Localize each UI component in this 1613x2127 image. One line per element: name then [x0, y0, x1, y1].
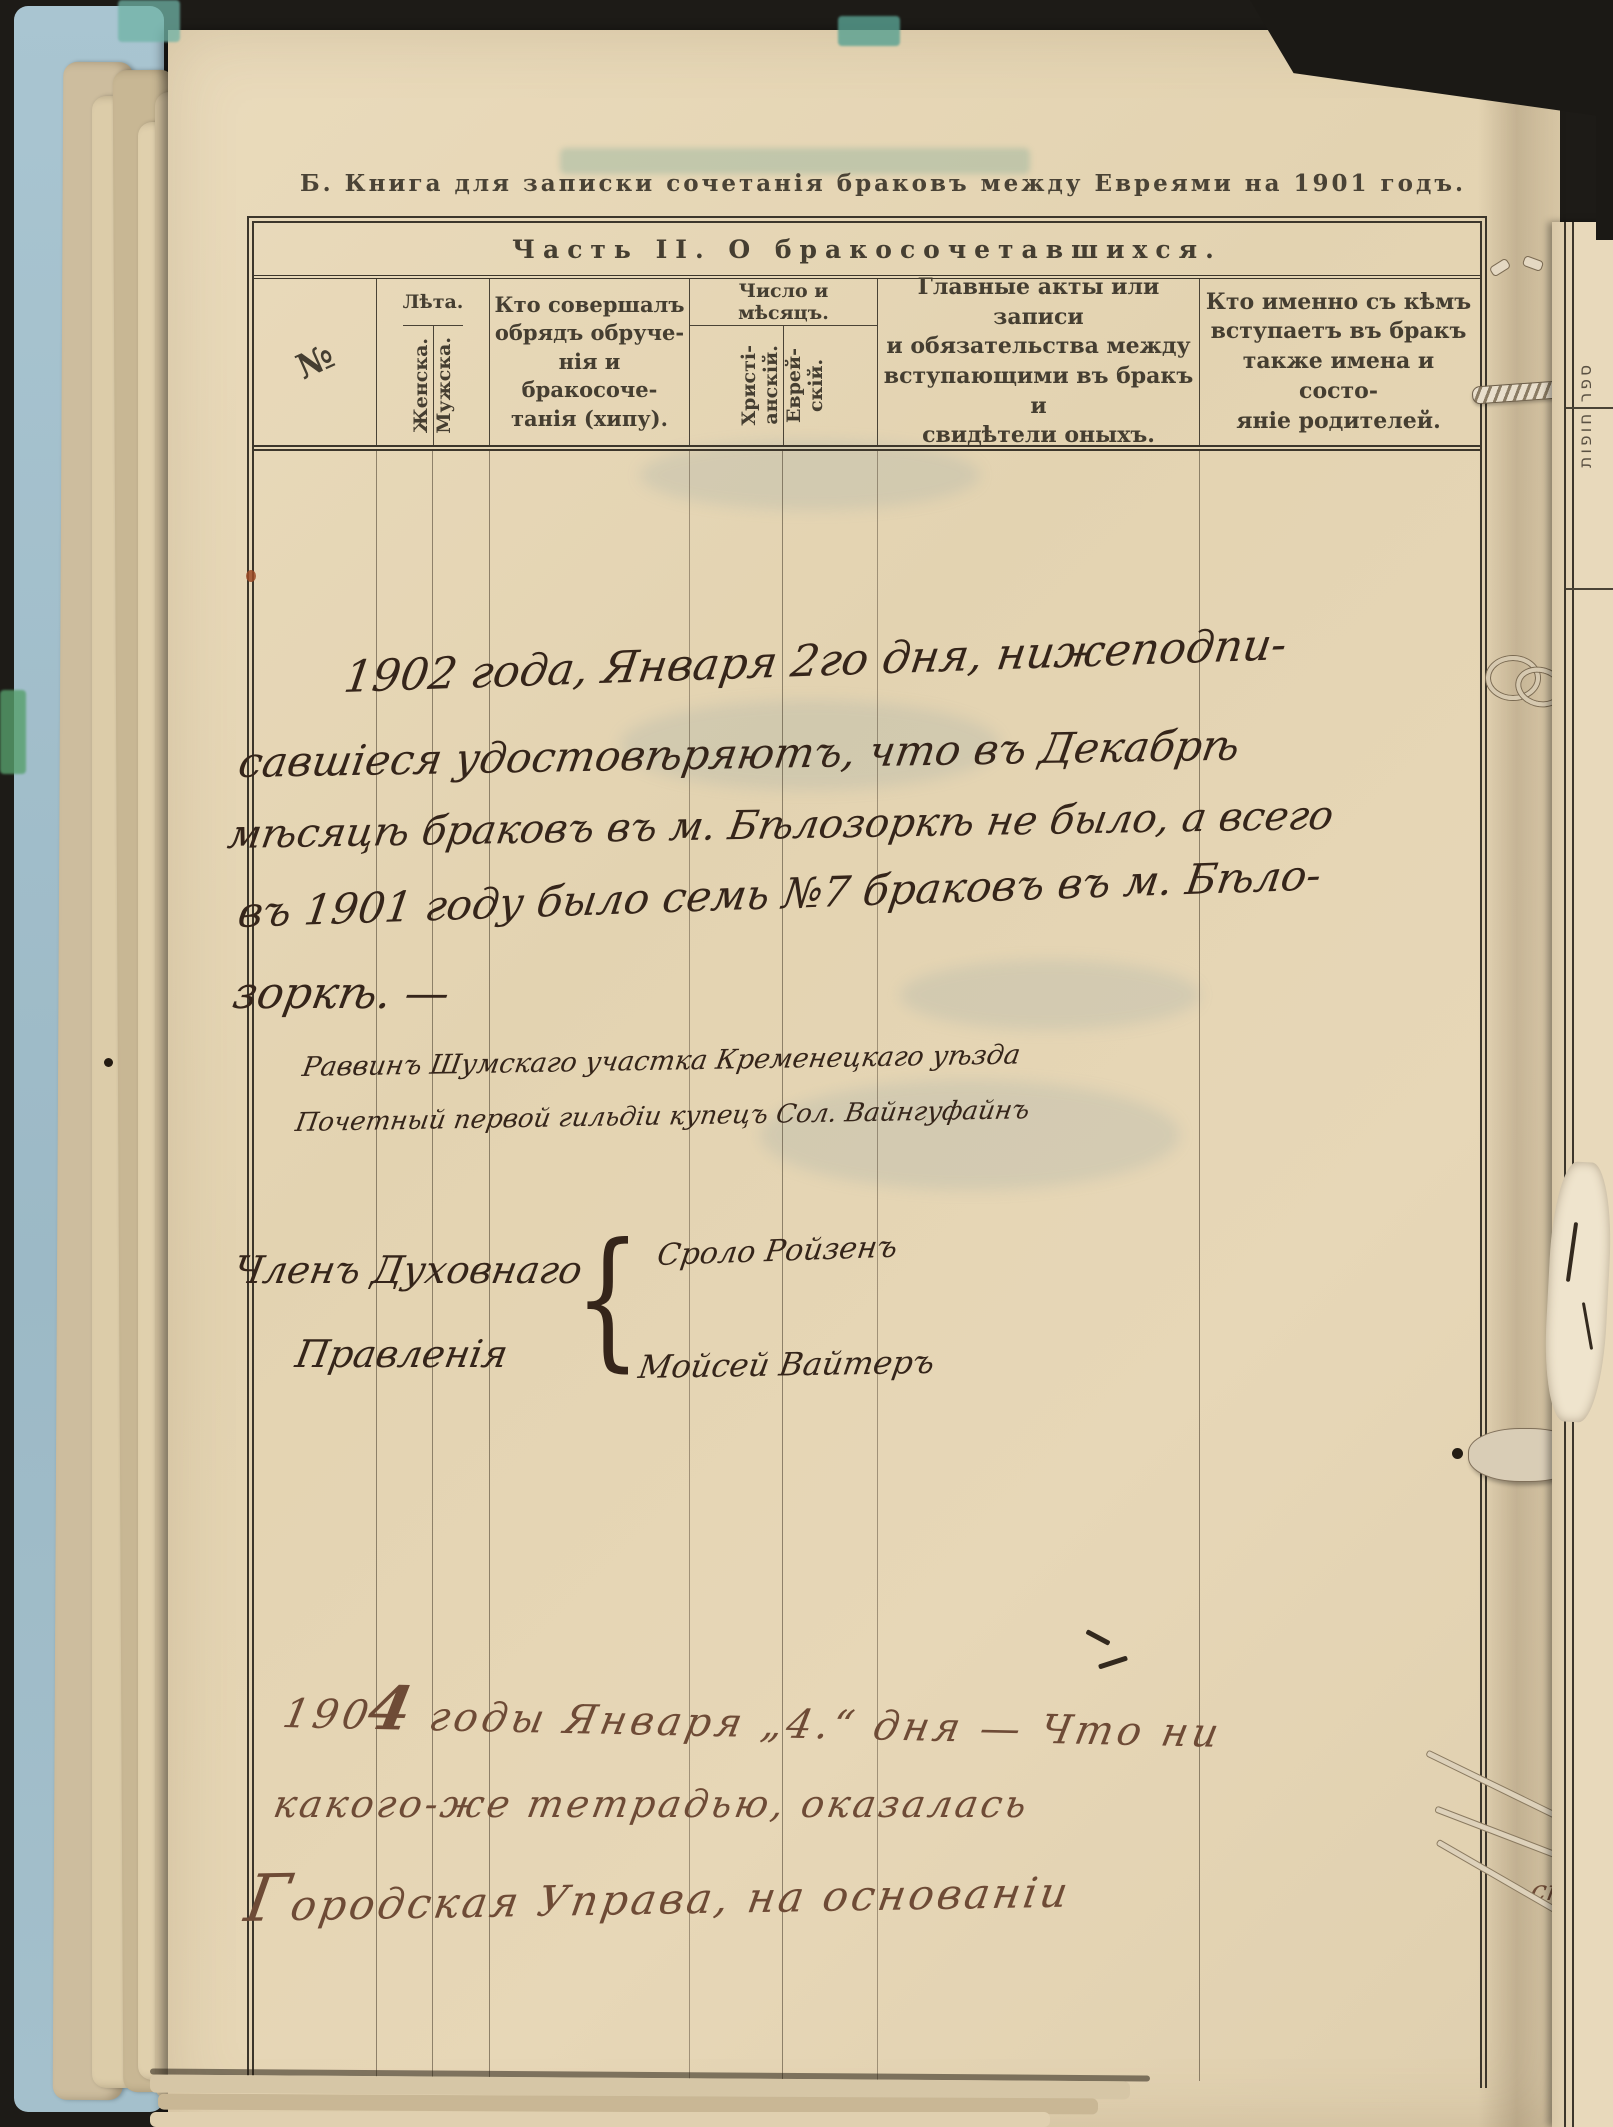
page-title: Б. Книга для записки сочетанія браковъ м… — [300, 170, 1380, 197]
column-header-christian-date: Христі- анскій. — [739, 326, 783, 445]
table-header-row: № Лѣта. Женска. Мужска. Кто совершалъ об… — [254, 279, 1480, 451]
ages-group-label: Лѣта. — [403, 279, 464, 326]
torn-paper-patch — [1541, 1161, 1613, 1424]
number-sign: № — [290, 336, 340, 388]
date-group-label: Число и мѣсяцъ. — [690, 279, 877, 326]
next-page-sliver: ספר חופות — [1552, 222, 1613, 2127]
column-header-number: № — [254, 279, 376, 445]
signature-brace: { — [574, 1212, 641, 1386]
handwriting-1904-line3: Городская Управа, на основаніи — [240, 1848, 1077, 1937]
column-group-ages: Лѣта. Женска. Мужска. — [376, 279, 489, 445]
handwriting-1902-line5: зоркѣ. — — [229, 968, 454, 1019]
cover-paint-chip — [838, 16, 900, 46]
dark-background-edge — [1596, 100, 1613, 240]
ages-subcolumns: Женска. Мужска. — [411, 326, 456, 445]
column-rule — [1199, 451, 1200, 2081]
column-rule — [877, 451, 878, 2081]
column-header-female-age: Женска. — [411, 326, 433, 445]
column-group-date: Число и мѣсяцъ. Христі- анскій. Еврей- с… — [689, 279, 877, 445]
column-header-acts: Главные акты или записи и обязательства … — [877, 279, 1199, 445]
column-header-jewish-date: Еврей- скій. — [783, 326, 828, 445]
cover-paint-chip — [0, 690, 26, 774]
cover-paint-chip — [118, 0, 180, 42]
column-header-officiant: Кто совершалъ обрядъ обруче- нія и брако… — [489, 279, 689, 445]
date-subcolumns: Христі- анскій. Еврей- скій. — [739, 326, 827, 445]
year-prefix: 190 — [279, 1691, 376, 1739]
column-header-spouses: Кто именно съ кѣмъ вступаетъ въ бракъ та… — [1199, 279, 1477, 445]
table-part-heading: Часть II. О бракосочетавшихся. — [254, 223, 1480, 279]
scanned-register-page: Б. Книга для записки сочетанія браковъ м… — [0, 0, 1613, 2127]
signature-role-line1: Членъ Духовнаго — [230, 1248, 585, 1292]
page-stack-edge — [150, 2112, 1050, 2127]
column-header-male-age: Мужска. — [433, 326, 456, 445]
binding-hole — [1452, 1448, 1463, 1459]
foxing-stain — [246, 570, 256, 582]
signature-role-line2: Правленія — [292, 1332, 511, 1376]
hebrew-spine-text: ספר חופות — [1576, 362, 1596, 468]
next-page-rule — [1566, 588, 1613, 590]
line1-rest: годы Января „4.“ дня — Что ни — [409, 1694, 1227, 1757]
signature-name-2: Мойсей Вайтеръ — [636, 1343, 937, 1386]
ink-spot — [104, 1058, 113, 1067]
handwriting-1904-line2: какого-же тетрадью, оказалась — [270, 1782, 1033, 1826]
